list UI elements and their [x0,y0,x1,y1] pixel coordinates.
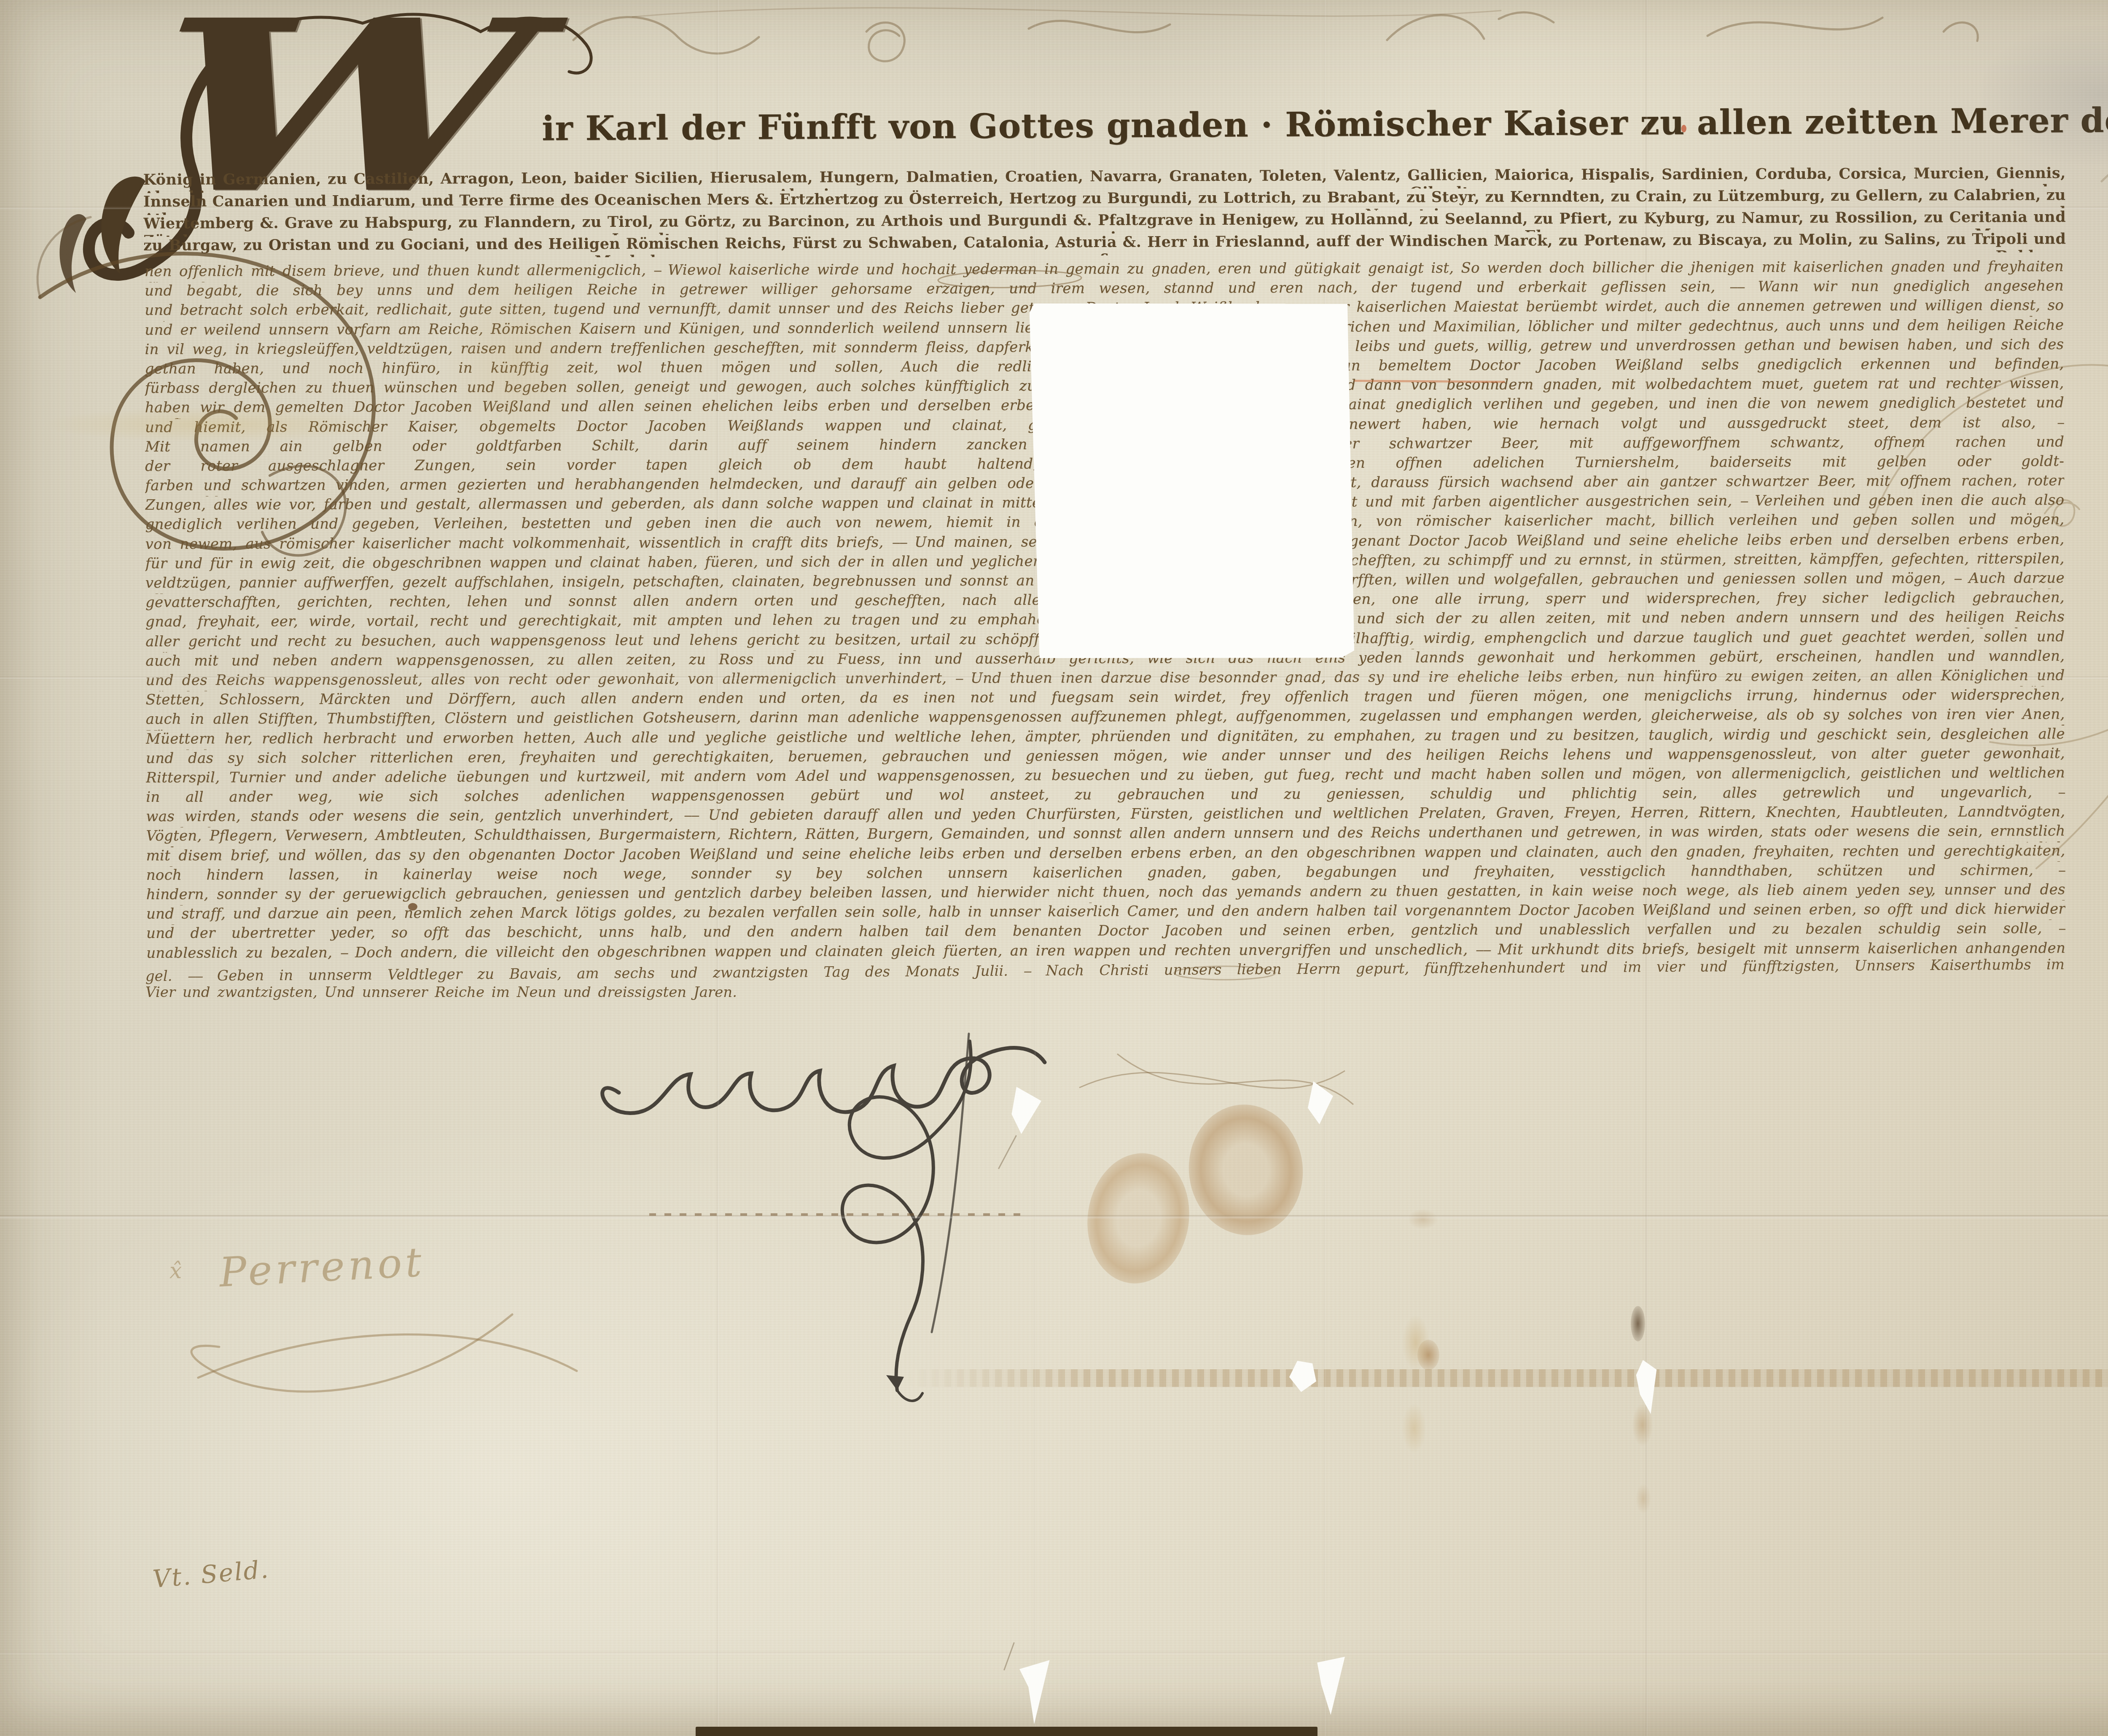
stitched-repair [649,1213,1020,1216]
regnal-years-line: Vier und zwantzigsten, Und unnserer Reic… [145,984,1031,1004]
stained-fold-crease [906,1369,2108,1387]
countersign-mark: x̂ [169,1258,182,1284]
charter-heading: ir Karl der Fünfft von Gottes gnaden · R… [542,101,2068,148]
seal-miniature-cutout [1030,300,1355,661]
carolus-signature [602,1034,1045,1401]
imperial-titulature: König in Germanien, zu Castilien, Arrago… [143,164,2066,259]
perrenot-flourish [191,1314,577,1392]
bottom-edge-strip [696,1727,1317,1736]
parchment-charter: W ir Karl der Fünfft von Gottes gnaden ·… [0,0,2108,1736]
